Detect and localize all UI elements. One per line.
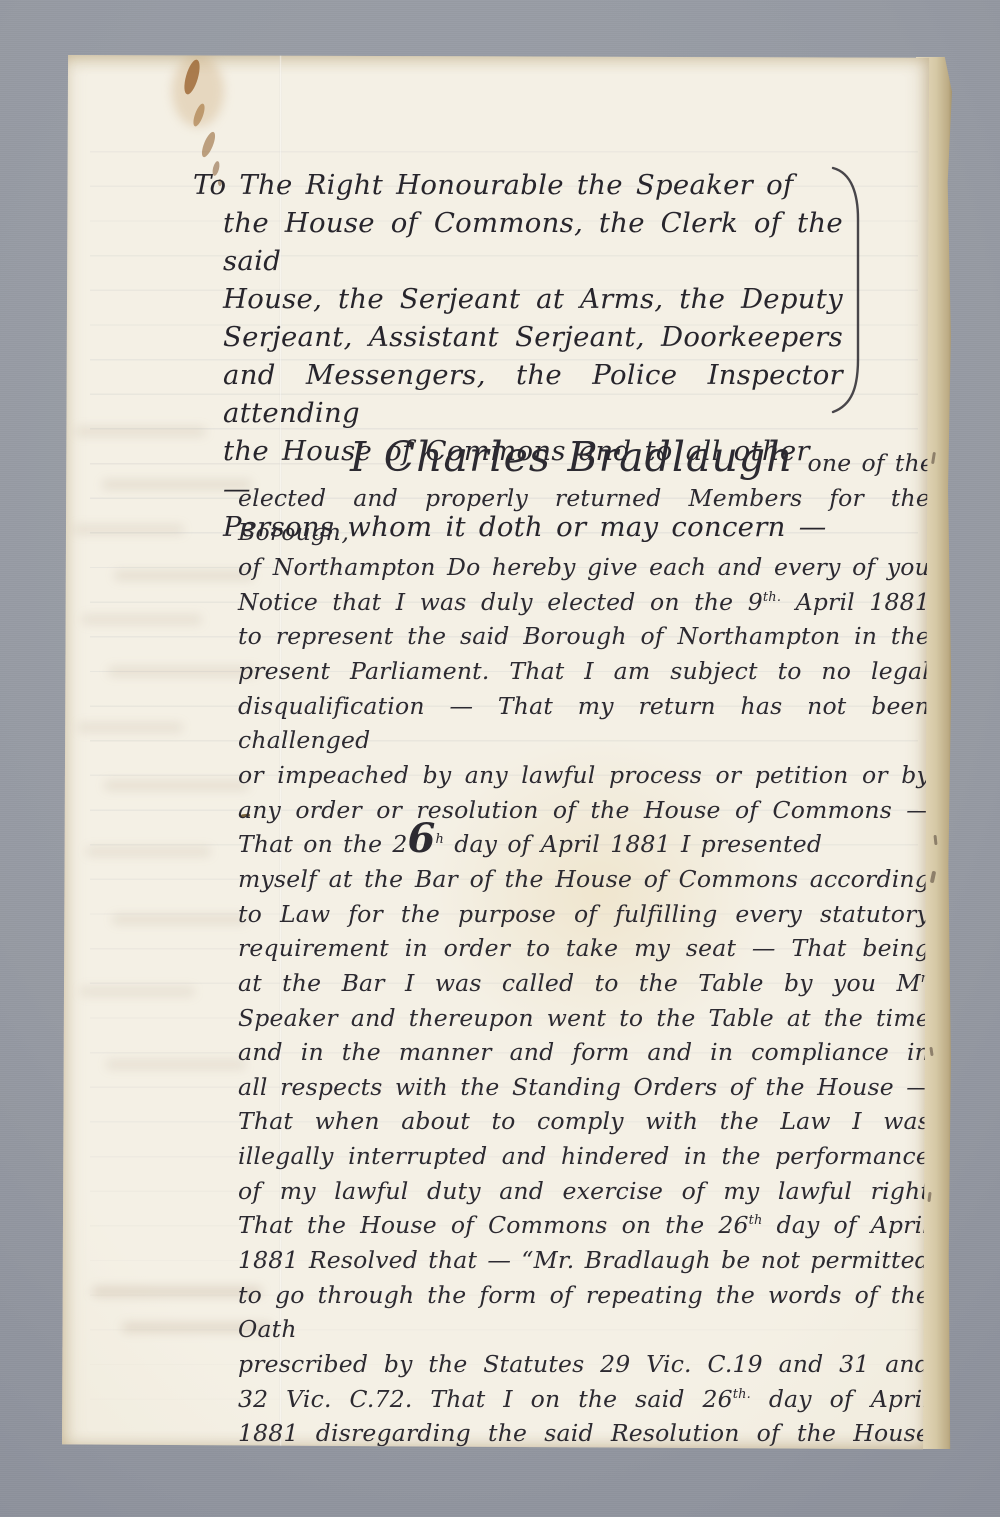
body-line: elected and properly returned Members fo… [238, 481, 930, 550]
body-line: all respects with the Standing Orders of… [238, 1070, 930, 1105]
body-line: Notice that I was duly elected on the 9t… [238, 585, 930, 620]
body-line: any order or resolution of the House of … [238, 793, 930, 828]
bleed-through-smudge [76, 427, 206, 436]
superscript: h [436, 832, 445, 847]
bleed-ink-mark [927, 1192, 931, 1202]
manuscript-page: To The Right Honourable the Speaker of t… [62, 55, 930, 1450]
bleed-through-smudge [82, 615, 202, 624]
superscript: th. [763, 590, 781, 605]
body-line: 32 Vic. C.72. That I on the said 26th. d… [238, 1382, 930, 1417]
body-line: and in the manner and form and in compli… [238, 1035, 930, 1070]
bleed-through-smudge [112, 915, 247, 924]
opening-phrase: I Charles Bradlaugh [350, 433, 794, 481]
body-line: myself at the Bar of the House of Common… [238, 862, 930, 897]
bleed-through-smudge [106, 1060, 246, 1069]
address-line: House, the Serjeant at Arms, the Deputy [193, 280, 843, 318]
body-line: That on the 26h day of April 1881 I pres… [238, 827, 930, 862]
body-line: to go through the form of repeating the … [238, 1278, 930, 1347]
bleed-ink-mark [930, 871, 936, 884]
body-line: requirement in order to take my seat — T… [238, 931, 930, 966]
body-line: to represent the said Borough of Northam… [238, 619, 930, 654]
bleed-through-smudge [78, 723, 183, 732]
bleed-through-smudge [86, 847, 211, 856]
address-line: To The Right Honourable the Speaker of [193, 166, 843, 204]
body-line: to Law for the purpose of fulfilling eve… [238, 897, 930, 932]
superscript: th [749, 1214, 763, 1229]
body-line: or impeached by any lawful process or pe… [238, 758, 930, 793]
body-line: present Parliament. That I am subject to… [238, 654, 930, 689]
body-line: disqualification — That my return has no… [238, 689, 930, 758]
body-line: at the Bar I was called to the Table by … [238, 966, 930, 1001]
body-line: of my lawful duty and exercise of my law… [238, 1174, 930, 1209]
body-line: illegally interrupted and hindered in th… [238, 1139, 930, 1174]
bleed-ink-mark [929, 1047, 933, 1056]
bleed-ink-mark [931, 452, 936, 464]
bleed-ink-mark [933, 835, 937, 845]
address-line: Serjeant, Assistant Serjeant, Doorkeeper… [193, 318, 843, 356]
bleed-through-smudge [108, 667, 258, 676]
body-line: That the House of Commons on the 26th da… [238, 1208, 930, 1243]
body-block: I Charles Bradlaughone of the duly, elec… [238, 440, 930, 1451]
body-line: Speaker and thereupon went to the Table … [238, 1001, 930, 1036]
bleed-through-smudge [104, 781, 249, 790]
bleed-through-smudge [80, 987, 195, 996]
bleed-through-smudge [92, 1287, 262, 1296]
body-line: I Charles Bradlaughone of the duly, [238, 440, 930, 481]
address-line: and Messengers, the Police Inspector att… [193, 356, 843, 432]
superscript: th. [733, 1387, 751, 1402]
body-line: of Northampton Do hereby give each and e… [238, 550, 930, 585]
bold-corrected-numeral: 6 [408, 815, 436, 862]
body-line: 1881 Resolved that — “Mr. Bradlaugh be n… [238, 1243, 930, 1278]
address-line: the House of Commons, the Clerk of the s… [193, 204, 843, 280]
bleed-through-smudge [74, 525, 184, 534]
bleed-through-smudge [114, 571, 254, 580]
body-line: prescribed by the Statutes 29 Vic. C.19 … [238, 1347, 930, 1382]
body-line: That when about to comply with the Law I… [238, 1104, 930, 1139]
photograph-background: To The Right Honourable the Speaker of t… [0, 0, 1000, 1517]
body-line: 1881 disregarding the said Resolution of… [238, 1416, 930, 1451]
